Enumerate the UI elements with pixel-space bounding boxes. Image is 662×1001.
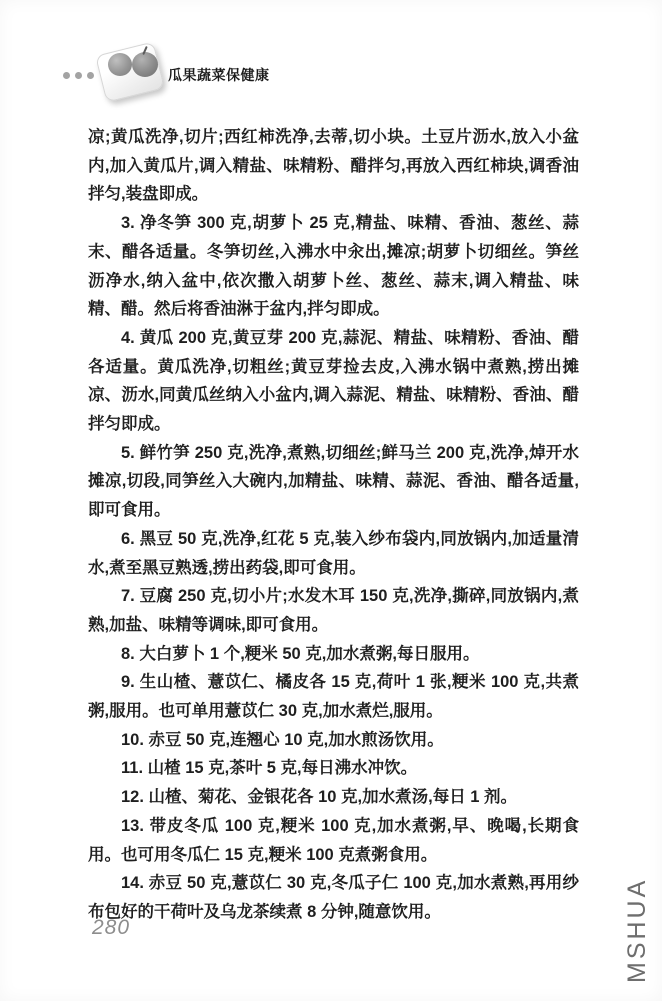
page-number: 280: [92, 916, 130, 940]
book-title: 瓜果蔬菜保健康: [168, 65, 270, 85]
recipe-item-11: 11. 山楂 15 克,茶叶 5 克,每日沸水冲饮。: [88, 754, 579, 783]
recipe-item-3: 3. 净冬笋 300 克,胡萝卜 25 克,精盐、味精、香油、葱丝、蒜末、醋各适…: [88, 209, 579, 324]
recipe-item-7: 7. 豆腐 250 克,切小片;水发木耳 150 克,洗净,撕碎,同放锅内,煮熟…: [88, 582, 579, 639]
fruit-plate-icon: [92, 42, 168, 104]
header-dots-decoration: [63, 72, 94, 79]
recipe-item-9: 9. 生山楂、薏苡仁、橘皮各 15 克,荷叶 1 张,粳米 100 克,共煮粥,…: [88, 668, 579, 725]
dot-icon: [63, 72, 70, 79]
recipe-item-4: 4. 黄瓜 200 克,黄豆芽 200 克,蒜泥、精盐、味精粉、香油、醋各适量。…: [88, 324, 579, 439]
page-body: 凉;黄瓜洗净,切片;西红柿洗净,去蒂,切小块。土豆片沥水,放入小盆内,加入黄瓜片…: [88, 123, 579, 927]
recipe-item-13: 13. 带皮冬瓜 100 克,粳米 100 克,加水煮粥,早、晚喝,长期食用。也…: [88, 812, 579, 869]
recipe-item-10: 10. 赤豆 50 克,连翘心 10 克,加水煎汤饮用。: [88, 726, 579, 755]
continued-paragraph: 凉;黄瓜洗净,切片;西红柿洗净,去蒂,切小块。土豆片沥水,放入小盆内,加入黄瓜片…: [88, 123, 579, 209]
recipe-item-12: 12. 山楂、菊花、金银花各 10 克,加水煮汤,每日 1 剂。: [88, 783, 579, 812]
tomato-icon: [132, 52, 158, 77]
book-page: 瓜果蔬菜保健康 凉;黄瓜洗净,切片;西红柿洗净,去蒂,切小块。土豆片沥水,放入小…: [0, 0, 662, 1001]
recipe-item-5: 5. 鲜竹笋 250 克,洗净,煮熟,切细丝;鲜马兰 200 克,洗净,焯开水摊…: [88, 439, 579, 525]
recipe-item-6: 6. 黑豆 50 克,洗净,红花 5 克,装入纱布袋内,同放锅内,加适量清水,煮…: [88, 525, 579, 582]
watermark: MSHUA: [623, 883, 652, 983]
tomato-icon: [108, 53, 132, 76]
recipe-item-8: 8. 大白萝卜 1 个,粳米 50 克,加水煮粥,每日服用。: [88, 640, 579, 669]
recipe-item-14: 14. 赤豆 50 克,薏苡仁 30 克,冬瓜子仁 100 克,加水煮熟,再用纱…: [88, 869, 579, 926]
dot-icon: [75, 72, 82, 79]
page-header: 瓜果蔬菜保健康: [0, 0, 662, 115]
